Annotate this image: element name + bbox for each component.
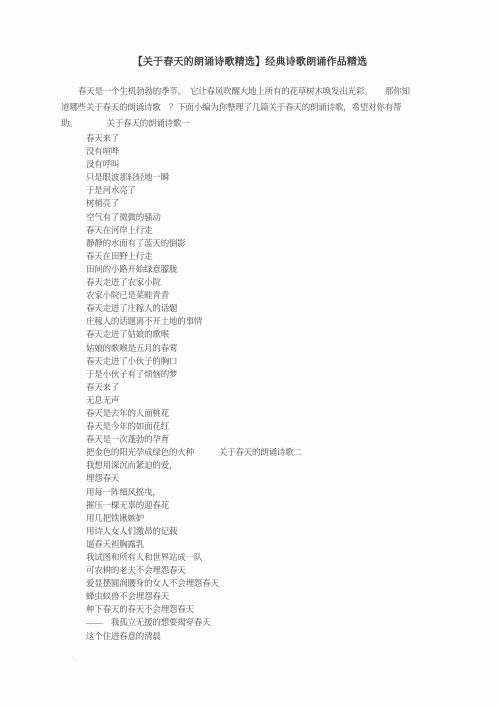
- poem-line: 只是眼波那轻轻地一瞬: [61, 171, 439, 184]
- poem-line: 春天在田野上行走: [61, 250, 439, 263]
- poem-line: 无息无声: [61, 394, 439, 407]
- poem-line: 树梢亮了: [61, 197, 439, 210]
- poem-line: 于是小伙子有了烦恼的梦: [61, 368, 439, 381]
- poem-line: 春天走进了农家小院: [61, 276, 439, 289]
- poem-line: 春天是一次蓬勃的孕育: [61, 433, 439, 446]
- poem-line: 蜂虫蚁兽不会埋怨春天: [61, 590, 439, 603]
- poem-line: 把金色的阳光孕成绿色的火种 关于春天的朗诵诗歌二: [61, 446, 439, 459]
- poem-line: 姑娘的歌喉是五月的春莺: [61, 342, 439, 355]
- poem-line: 用几把铁锹嫉妒: [61, 512, 439, 525]
- poem-line: 种下春天的春天不会埋怨春天: [61, 603, 439, 616]
- poem-line: 没有呼叫: [61, 158, 439, 171]
- poem-line: 我试图和所有人和世界站成一队: [61, 551, 439, 564]
- document-content: 【关于春天的朗诵诗歌精选】经典诗歌朗诵作品精选 春天是一个生机勃勃的季节。 它让…: [0, 0, 500, 643]
- poem-line: 空气有了微微的骚动: [61, 211, 439, 224]
- poem-line: 春天来了: [61, 381, 439, 394]
- poem-line: 农家小院已是菜畦青青: [61, 289, 439, 302]
- poem-line: 逼春天袒胸露乳: [61, 538, 439, 551]
- poem-line: 春天是去年的人面桃花: [61, 407, 439, 420]
- poem-line: 可农耕的老夫不会埋怨春天: [61, 564, 439, 577]
- intro-line: 道哪些关于春天的朗诵诗歌 ？下面小编为你整理了几篇关于春天的朗诵诗歌，希望对你有…: [61, 99, 439, 115]
- poem-line: 用诗人女人们激昂的记载: [61, 525, 439, 538]
- poem-line: 我想用深沉而紧迫的爱，: [61, 459, 439, 472]
- intro-line: 助。 关于春天的朗诵诗歌一: [61, 115, 439, 131]
- poem-line: 田间的小路开始绿意朦胧: [61, 263, 439, 276]
- poem-line: 春天走进了庄稼人的话题: [61, 302, 439, 315]
- document-page: 【关于春天的朗诵诗歌精选】经典诗歌朗诵作品精选 春天是一个生机勃勃的季节。 它让…: [0, 0, 500, 708]
- poem-line: 爱显摆圆润腰身的女人不会埋怨春天: [61, 577, 439, 590]
- page-artifact: ·.: [72, 654, 77, 663]
- poem-line: —— 我孤立无援的想要揭穿春天: [61, 616, 439, 629]
- intro-line: 春天是一个生机勃勃的季节。 它让春风吹醒大地上所有的花草树木唤发出光彩。 那你知: [61, 83, 439, 99]
- poem-line: 摧压一棵无辜的迎春花: [61, 499, 439, 512]
- poem-line: 庄稼人的话题离不开土地的事情: [61, 315, 439, 328]
- document-title: 【关于春天的朗诵诗歌精选】经典诗歌朗诵作品精选: [61, 53, 439, 68]
- poem-body: 春天来了没有喧哗没有呼叫只是眼波那轻轻地一瞬于是河水亮了树梢亮了空气有了微微的骚…: [61, 132, 439, 643]
- poem-line: 埋怨春天: [61, 472, 439, 485]
- poem-line: 春天走进了小伙子的胸口: [61, 355, 439, 368]
- poem-line: 于是河水亮了: [61, 184, 439, 197]
- poem-line: 这个住进春意的清晨: [61, 630, 439, 643]
- poem-line: 用每一阵细风摇曳，: [61, 486, 439, 499]
- poem-line: 静静的水面有了蓝天的倒影: [61, 237, 439, 250]
- poem-line: 春天来了: [61, 132, 439, 145]
- poem-line: 春天是今年的如面花红: [61, 420, 439, 433]
- poem-line: 春天在河岸上行走: [61, 224, 439, 237]
- poem-line: 没有喧哗: [61, 145, 439, 158]
- poem-line: 春天走进了姑娘的歌喉: [61, 328, 439, 341]
- intro-paragraph: 春天是一个生机勃勃的季节。 它让春风吹醒大地上所有的花草树木唤发出光彩。 那你知…: [61, 83, 439, 131]
